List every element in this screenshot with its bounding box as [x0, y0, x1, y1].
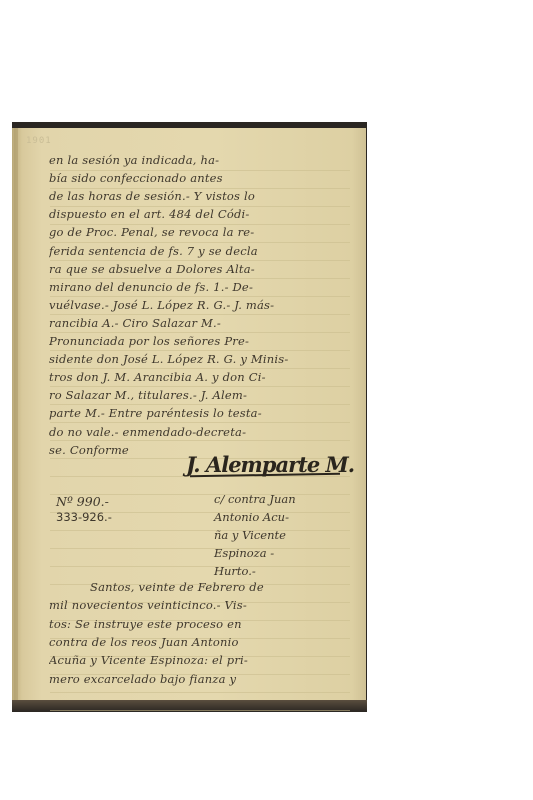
text-line: en la sesión ya indicada, ha-: [49, 153, 349, 167]
page-number: 1901: [26, 136, 52, 146]
caption-line: Antonio Acu-: [214, 510, 289, 524]
text-line: parte M.- Entre paréntesis lo testa-: [49, 406, 349, 420]
ruled-line: [50, 710, 350, 711]
page-spine-edge: [14, 128, 18, 708]
text-line: do no vale.- enmendado-decreta-: [49, 425, 349, 439]
text-line: rancibia A.- Ciro Salazar M.-: [49, 316, 349, 330]
ruled-line: [50, 314, 350, 315]
caption-line: Espinoza -: [214, 546, 274, 560]
text-line: ro Salazar M., titulares.- J. Alem-: [49, 388, 349, 402]
ruled-line: [50, 422, 350, 423]
text-line: mirano del denuncio de fs. 1.- De-: [49, 280, 349, 294]
ruled-line: [50, 350, 350, 351]
text-line: de las horas de sesión.- Y vistos lo: [49, 189, 349, 203]
caption-line: ña y Vicente: [214, 528, 286, 542]
text-line: Acuña y Vicente Espinoza: el pri-: [49, 653, 349, 667]
ruled-line: [50, 566, 350, 567]
text-line: tros don J. M. Arancibia A. y don Ci-: [49, 370, 349, 384]
caption-line: Hurto.-: [214, 564, 256, 578]
ruled-line: [50, 440, 350, 441]
record-code: 333-926.-: [56, 510, 112, 524]
ruled-line: [50, 368, 350, 369]
text-line: Santos, veinte de Febrero de: [90, 580, 390, 594]
text-line: contra de los reos Juan Antonio: [49, 635, 349, 649]
ruled-line: [50, 530, 350, 531]
ruled-line: [50, 548, 350, 549]
ruled-line: [50, 692, 350, 693]
text-line: vuélvase.- José L. López R. G.- J. más-: [49, 298, 349, 312]
text-line: tos: Se instruye este proceso en: [49, 617, 349, 631]
record-number: Nº 990.-: [56, 494, 109, 509]
text-line: bía sido confeccionado antes: [49, 171, 349, 185]
text-line: go de Proc. Penal, se revoca la re-: [49, 225, 349, 239]
ruled-line: [50, 332, 350, 333]
ruled-line: [50, 404, 350, 405]
text-line: ra que se absuelve a Dolores Alta-: [49, 262, 349, 276]
text-line: mil novecientos veinticinco.- Vis-: [49, 598, 349, 612]
text-line: dispuesto en el art. 484 del Códi-: [49, 207, 349, 221]
text-line: ferida sentencia de fs. 7 y se decla: [49, 244, 349, 258]
text-line: mero excarcelado bajo fianza y: [49, 672, 349, 686]
caption-line: c/ contra Juan: [214, 492, 296, 506]
text-line: sidente don José L. López R. G. y Minis-: [49, 352, 349, 366]
ruled-line: [50, 386, 350, 387]
text-line: Pronunciada por los señores Pre-: [49, 334, 349, 348]
